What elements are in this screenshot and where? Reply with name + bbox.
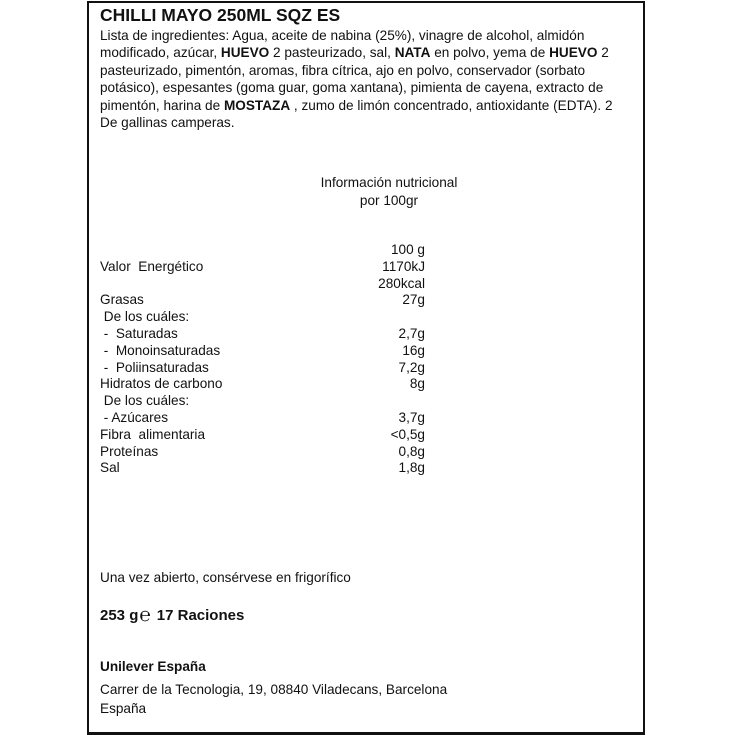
manufacturer-name: Unilever España <box>100 659 206 674</box>
nutrient-value: 280kcal <box>330 276 425 293</box>
allergen: HUEVO <box>549 45 597 60</box>
nutrient-name: Valor Energético <box>100 259 203 276</box>
nutrition-heading-title: Información nutricional <box>289 174 489 192</box>
nutrient-value: 0,8g <box>330 444 425 461</box>
nutrient-value: 8g <box>330 376 425 393</box>
nutrition-heading: Información nutricional por 100gr <box>289 174 489 210</box>
address-line-1: Carrer de la Tecnologia, 19, 08840 Vilad… <box>100 680 447 699</box>
nutrient-name: - Monoinsaturadas <box>100 343 220 360</box>
nutrient-name: - Poliinsaturadas <box>100 360 209 377</box>
estimated-sign-icon: ℮ <box>139 611 150 621</box>
nutrient-name: Hidratos de carbono <box>100 376 222 393</box>
nutrient-value: 3,7g <box>330 410 425 427</box>
nutrient-value: 16g <box>330 343 425 360</box>
nutrient-name: Grasas <box>100 292 144 309</box>
ingredient-text: 2 pasteurizado, sal, <box>269 45 394 60</box>
nutrient-name: Proteínas <box>100 444 158 461</box>
ingredients-list: Lista de ingredientes: Agua, aceite de n… <box>100 27 630 131</box>
allergen: HUEVO <box>221 45 269 60</box>
nutrient-name: De los cuáles: <box>100 393 189 410</box>
nutrient-name: De los cuáles: <box>100 309 189 326</box>
nutrient-name: - Azúcares <box>100 410 168 427</box>
net-weight-value: 253 g <box>100 607 138 624</box>
product-label: CHILLI MAYO 250ML SQZ ES Lista de ingred… <box>87 1 645 735</box>
nutrient-name: Fibra alimentaria <box>100 427 205 444</box>
net-weight: 253 g℮17 Raciones <box>100 607 244 624</box>
ingredient-text: en polvo, yema de <box>430 45 549 60</box>
allergen: MOSTAZA <box>224 98 290 113</box>
address-line-2: España <box>100 699 447 718</box>
nutrient-name: - Saturadas <box>100 326 178 343</box>
nutrition-heading-basis: por 100gr <box>289 192 489 210</box>
nutrient-value: <0,5g <box>330 427 425 444</box>
nutrient-value: 1,8g <box>330 460 425 477</box>
nutrient-value: 27g <box>330 292 425 309</box>
nutrient-value: 2,7g <box>330 326 425 343</box>
nutrient-value: 7,2g <box>330 360 425 377</box>
product-title: CHILLI MAYO 250ML SQZ ES <box>100 5 340 26</box>
nutrient-name: Sal <box>100 460 120 477</box>
storage-instructions: Una vez abierto, consérvese en frigorífi… <box>100 570 351 585</box>
nutrient-value: 1170kJ <box>330 259 425 276</box>
manufacturer-address: Carrer de la Tecnologia, 19, 08840 Vilad… <box>100 680 447 718</box>
allergen: NATA <box>395 45 431 60</box>
servings-count: 17 Raciones <box>157 607 245 624</box>
nutrient-value: 100 g <box>330 242 425 259</box>
